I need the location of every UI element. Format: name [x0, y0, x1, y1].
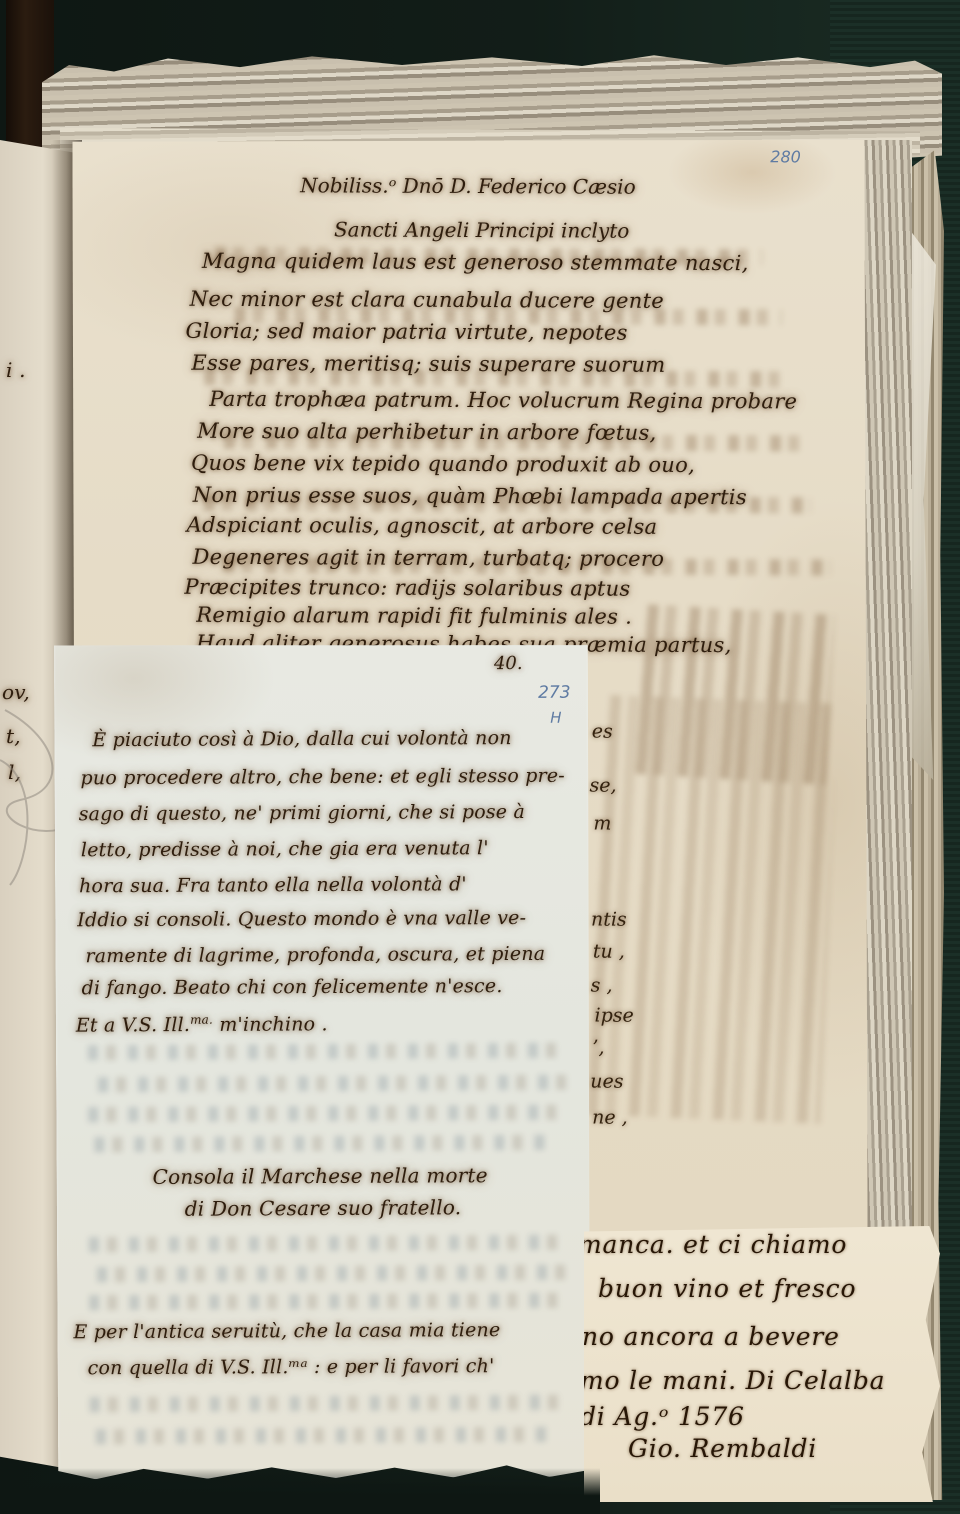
line-end-fragment: ’,: [592, 1037, 604, 1059]
poem-line: Quos bene vix tepido quando produxit ab …: [191, 451, 695, 477]
inset-letter-page: 40. 273 H È piaciuto così à Dio, dalla c…: [54, 643, 592, 1480]
superscript-abbreviation: ma.: [190, 1013, 213, 1027]
fragment-signature: Gio. Rembaldi: [628, 1434, 817, 1463]
ink-bleedthrough: [82, 1135, 552, 1152]
ink-bleedthrough: [76, 1105, 566, 1123]
ink-bleedthrough: [76, 1043, 566, 1061]
closing-line: E per l'antica seruitù, che la casa mia …: [73, 1319, 500, 1343]
poem-line: Magna quidem laus est generoso stemmate …: [202, 249, 749, 275]
poem-line: Parta trophæa patrum. Hoc volucrum Regin…: [209, 387, 797, 414]
letter-heading-line1: Consola il Marchese nella morte: [153, 1163, 488, 1189]
poem-line: Nec minor est clara cunabula ducere gent…: [190, 287, 664, 313]
inset-archival-letter: H: [550, 709, 561, 727]
ink-bleedthrough: [77, 1235, 567, 1253]
letter-line: È piaciuto così à Dio, dalla cui volontà…: [92, 727, 511, 751]
left-edge-fragment: i .: [6, 358, 26, 382]
poem-line: Adspiciant oculis, agnoscit, at arbore c…: [187, 513, 658, 539]
inset-archival-number: 273: [538, 683, 571, 703]
inset-folio-number: 40.: [494, 653, 523, 674]
fragment-line: buon vino et fresco: [598, 1274, 856, 1303]
poem-line: More suo alta perhibetur in arbore fœtus…: [197, 419, 657, 445]
fragment-letter-page: manca. et ci chiamo buon vino et fresco …: [584, 1226, 940, 1502]
letter-line: hora sua. Fra tanto ella nella volontà d…: [79, 873, 467, 897]
fragment-line: no ancora a bevere: [584, 1322, 840, 1351]
ink-bleedthrough: [625, 604, 834, 785]
line-end-fragment: ne ,: [592, 1107, 628, 1129]
letter-line: puo procedere altro, che bene: et egli s…: [80, 765, 564, 790]
poem-line: Gloria; sed maior patria virtute, nepote…: [186, 319, 628, 345]
letter-line: ramente di lagrime, profonda, oscura, et…: [85, 943, 545, 967]
line-end-fragment: tu ,: [593, 941, 625, 963]
poem-dedication-line2: Sancti Angeli Principi inclyto: [334, 217, 629, 242]
photograph-of-manuscript: i . ov, t, l, 280 Nobiliss.ᵒ Dnō D. Fede…: [0, 0, 960, 1514]
poem-line: Non prius esse suos, quàm Phœbi lampada …: [193, 483, 747, 509]
letter-heading-line2: di Don Cesare suo fratello.: [185, 1195, 462, 1220]
line-end-fragment: s ,: [591, 975, 613, 997]
line-end-fragment: m: [593, 813, 611, 835]
letter-line: di fango. Beato chi con felicemente n'es…: [82, 975, 503, 999]
poem-line: Esse pares, meritisq; suis superare suor…: [191, 351, 665, 377]
closing-salute: Et a V.S. Ill.ma. m'inchino .: [76, 1012, 328, 1037]
fragment-line: manca. et ci chiamo: [584, 1230, 847, 1259]
letter-line: sago di questo, ne' primi giorni, che si…: [79, 801, 525, 825]
bottom-shadow: [0, 1468, 600, 1514]
letter-line: Iddio si consoli. Questo mondo è vna val…: [77, 907, 526, 931]
fragment-line: di Ag.ᵒ 1576: [584, 1402, 745, 1431]
line-end-fragment: ntis: [591, 909, 627, 931]
ink-bleedthrough: [84, 1427, 554, 1444]
line-end-fragment: ues: [590, 1071, 623, 1093]
poem-line: Remigio alarum rapidi fit fulminis ales …: [196, 603, 632, 629]
ink-bleedthrough: [85, 1265, 565, 1283]
closing-line: con quella di V.S. Ill.ᵐᵃ : e per li fav…: [88, 1355, 495, 1379]
poem-dedication-line1: Nobiliss.ᵒ Dnō D. Federico Cæsio: [300, 173, 636, 198]
ink-bleedthrough: [78, 1395, 568, 1413]
letter-line: letto, predisse à noi, che gia era venut…: [81, 837, 489, 861]
poem-line: Degeneres agit in terram, turbatq; proce…: [193, 545, 665, 571]
fragment-line: mo le mani. Di Celalba: [584, 1366, 885, 1395]
folio-number: 280: [770, 147, 801, 166]
line-end-fragment: ipse: [595, 1005, 634, 1027]
line-end-fragment: es: [592, 721, 613, 743]
ink-bleedthrough: [86, 1075, 566, 1093]
poem-line: Præcipites trunco: radijs solaribus aptu…: [184, 575, 630, 601]
ink-bleedthrough: [77, 1293, 567, 1311]
line-end-fragment: se,: [590, 775, 617, 797]
